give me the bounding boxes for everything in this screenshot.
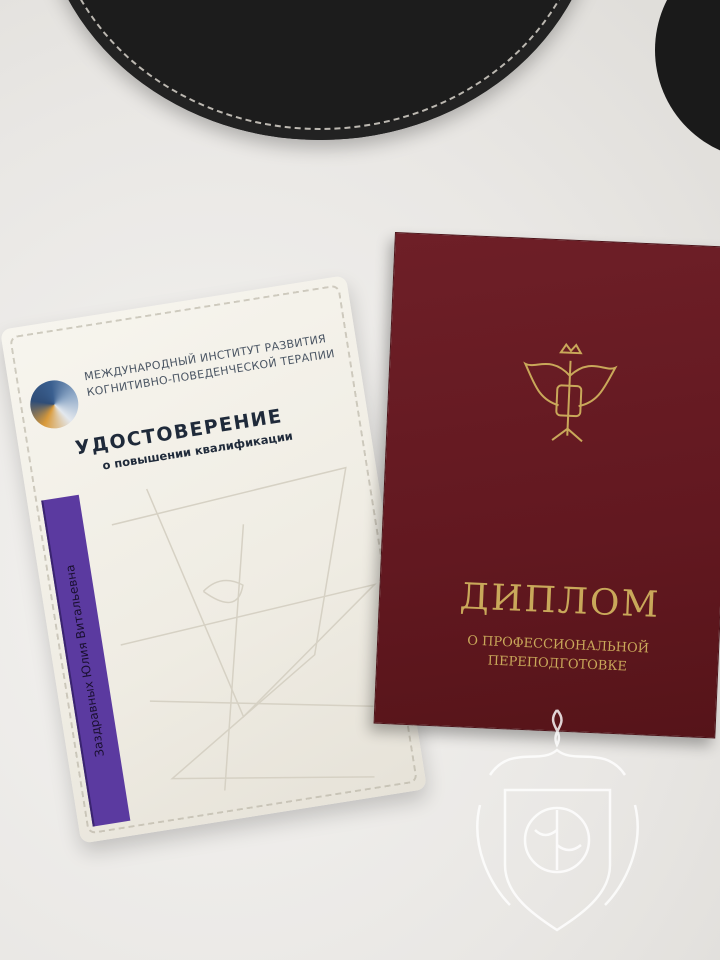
certificate-white-cover: Международный институт развития когнитив… [0,275,427,843]
institute-logo-icon [27,377,82,432]
institute-name: Международный институт развития когнитив… [83,329,345,401]
embossed-pattern-icon [86,445,416,825]
holder-name-text: Заздравных Юлия Витальевна [63,564,107,758]
leather-mat [40,0,600,140]
diploma-red-cover: ДИПЛОМ о профессиональной переподготовке [374,232,720,738]
diploma-subtitle: о профессиональной переподготовке [427,630,688,679]
russian-coat-of-arms-icon [517,339,622,453]
brain-shield-watermark-icon [470,705,645,945]
diploma-title: ДИПЛОМ [439,575,681,626]
leather-mat-secondary [655,0,720,160]
